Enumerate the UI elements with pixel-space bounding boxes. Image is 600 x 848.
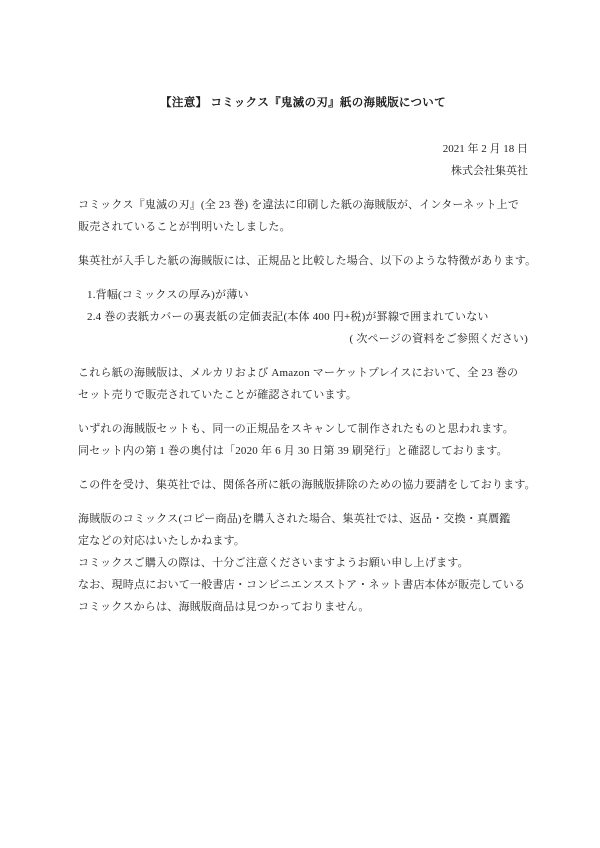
paragraph-source: いずれの海賊版セットも、同一の正規品をスキャンして制作されたものと思われます。同… xyxy=(78,418,528,462)
feature-list: 1.背幅(コミックスの厚み)が薄い 2.4 巻の表紙カバーの裏表紙の定価表記(本… xyxy=(78,284,528,350)
feature-item-2: 2.4 巻の表紙カバーの裏表紙の定価表記(本体 400 円+税)が罫線で囲まれて… xyxy=(87,306,528,328)
press-release-page: 【注意】 コミックス『鬼滅の刃』紙の海賊版について 2021 年 2 月 18 … xyxy=(0,0,600,848)
feature-item-1: 1.背幅(コミックスの厚み)が薄い xyxy=(87,284,528,306)
paragraph-lead: 集英社が入手した紙の海賊版には、正規品と比較した場合、以下のような特徴があります… xyxy=(78,250,528,272)
paragraph-intro: コミックス『鬼滅の刃』(全 23 巻) を違法に印刷した紙の海賊版が、インターネ… xyxy=(78,194,528,238)
company-name: 株式会社集英社 xyxy=(78,160,528,182)
paragraph-request: この件を受け、集英社では、関係各所に紙の海賊版排除のための協力要請をしております… xyxy=(78,474,528,496)
document-meta: 2021 年 2 月 18 日 株式会社集英社 xyxy=(78,138,528,182)
paragraph-sales: これら紙の海賊版は、メルカリおよび Amazon マーケットプレイスにおいて、全… xyxy=(78,362,528,406)
feature-note: ( 次ページの資料をご参照ください) xyxy=(87,328,528,350)
document-date: 2021 年 2 月 18 日 xyxy=(78,138,528,160)
paragraph-closing: 海賊版のコミックス(コピー商品)を購入された場合、集英社では、返品・交換・真贋鑑… xyxy=(78,508,528,618)
page-title: 【注意】 コミックス『鬼滅の刃』紙の海賊版について xyxy=(78,92,528,114)
